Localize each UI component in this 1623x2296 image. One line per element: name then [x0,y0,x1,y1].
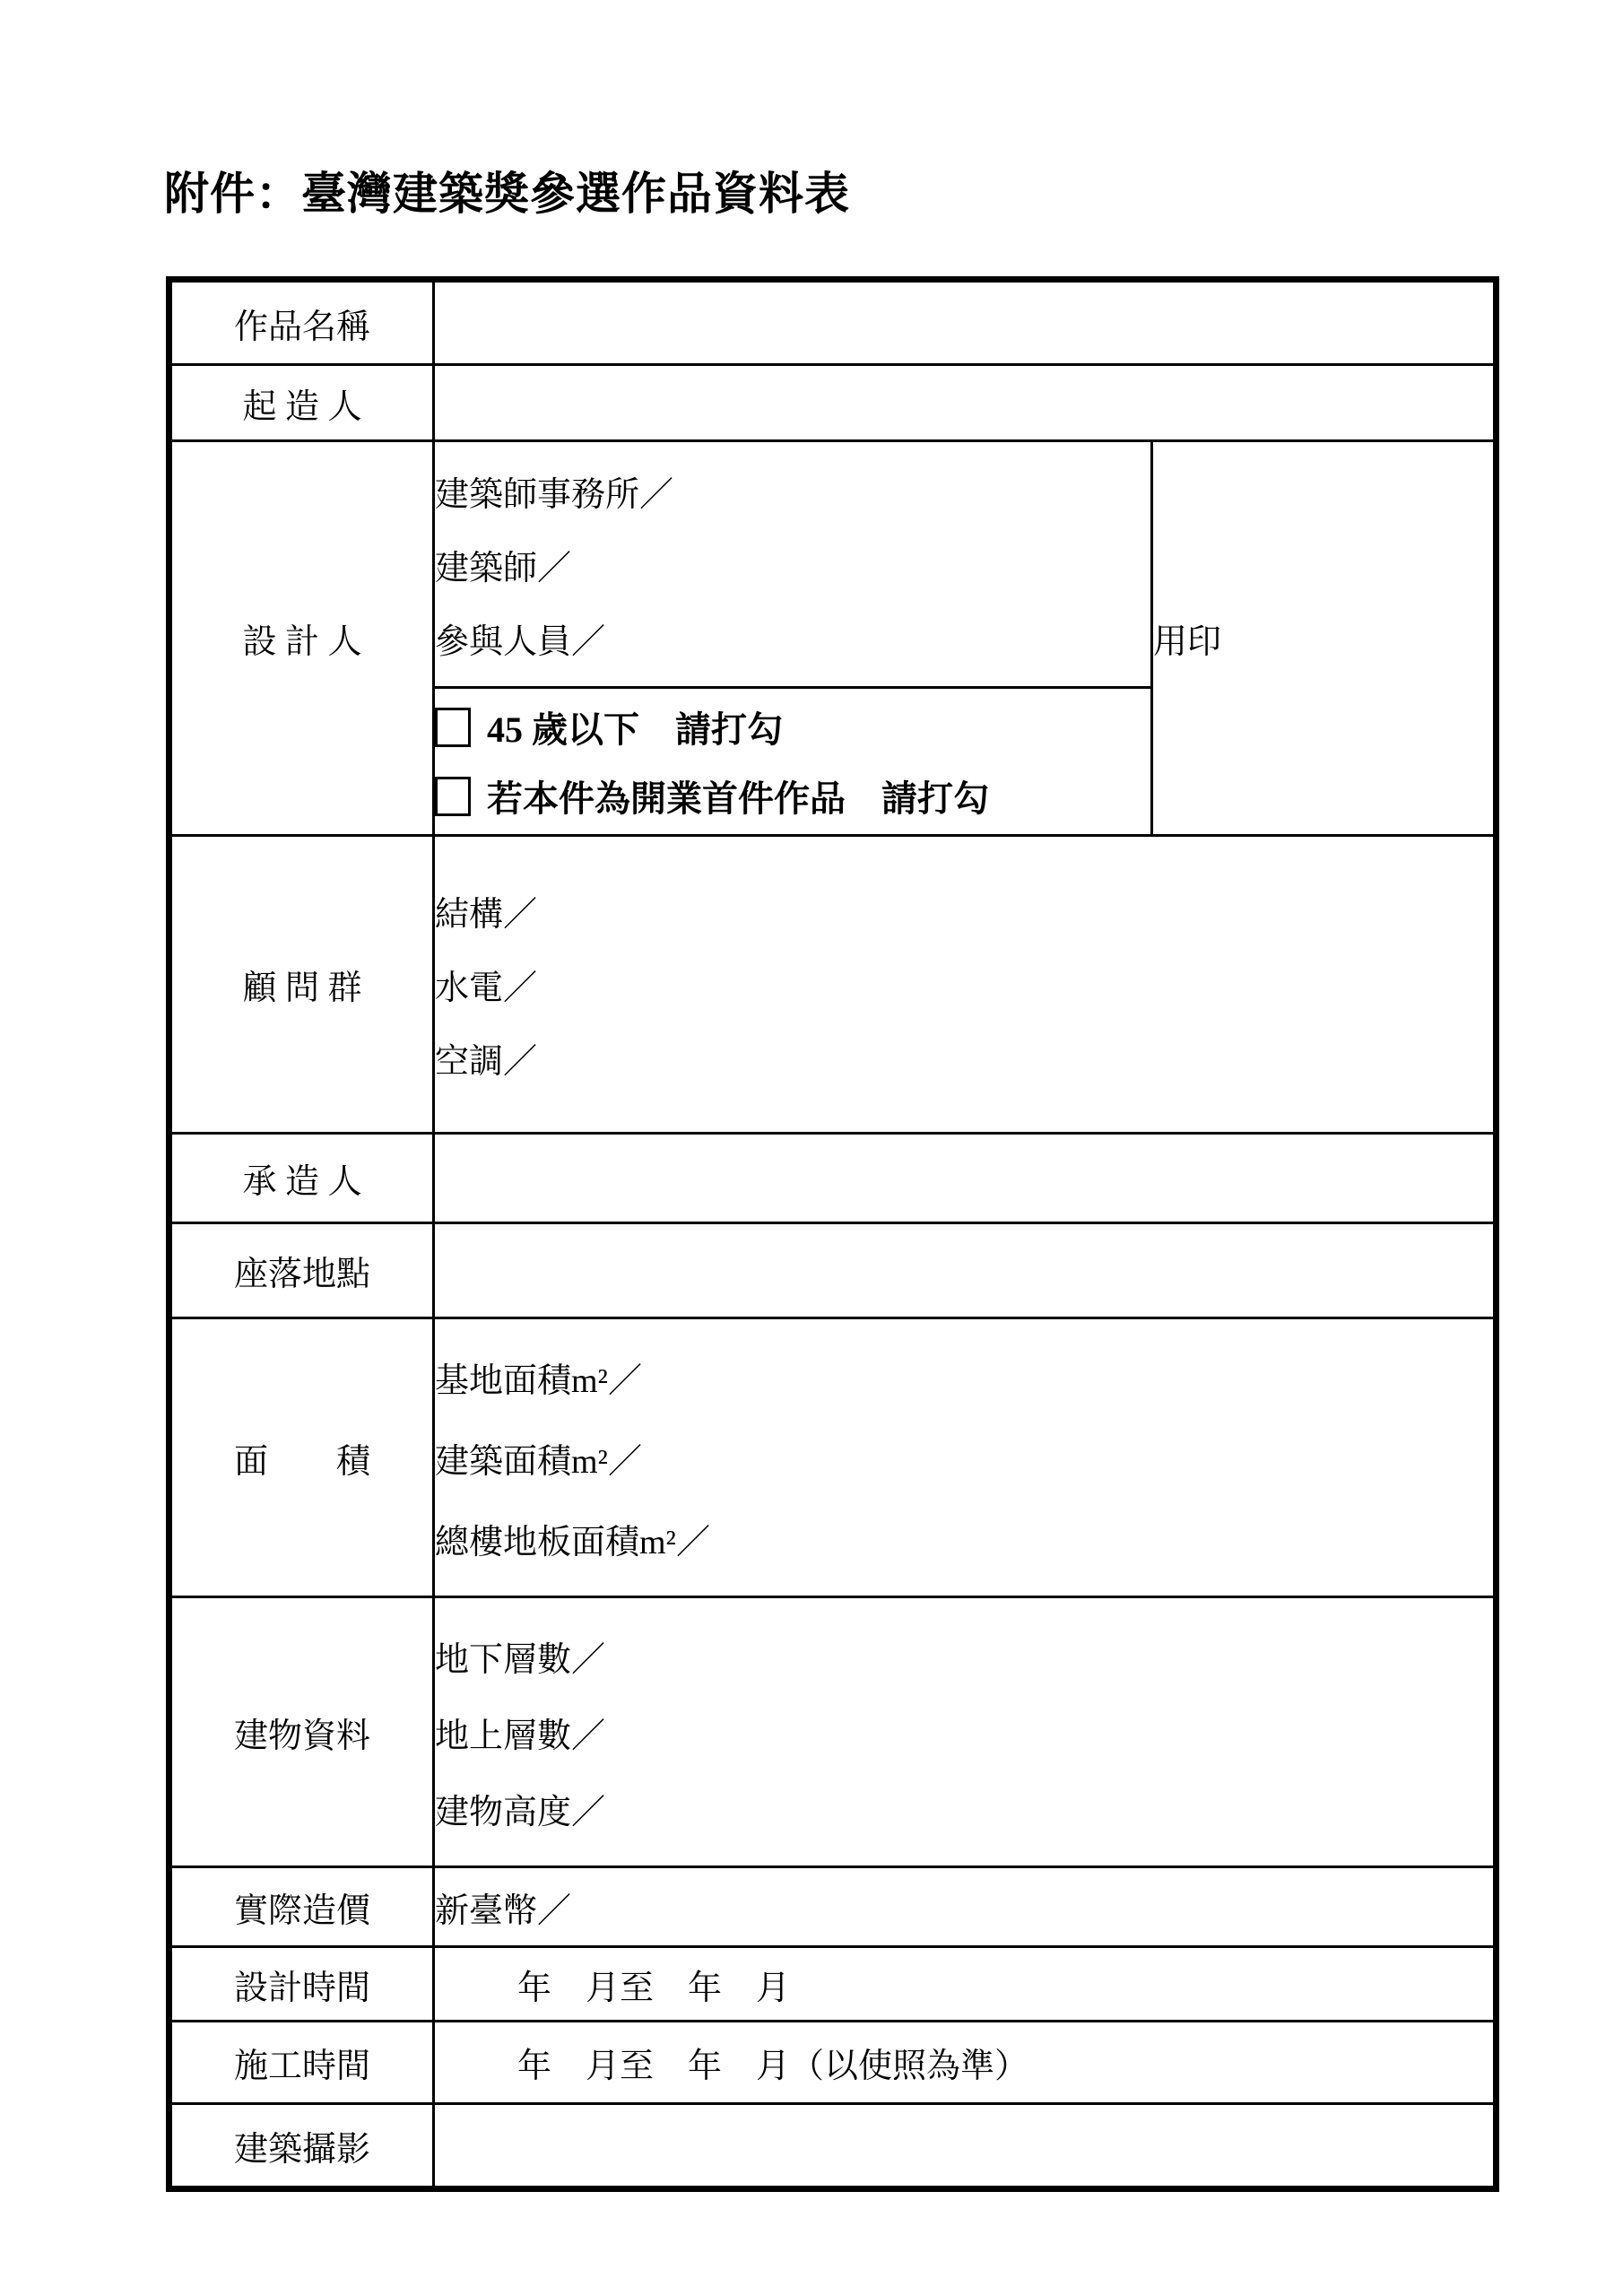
designer-label: 設 計 人 [169,441,434,836]
entry-form-table: 作品名稱 起 造 人 設 計 人 建築師事務所／ 建築師／ 參與人員／ 用印 4… [166,276,1499,2192]
actual-cost-label: 實際造價 [169,1867,434,1947]
under-45-label: 45 歲以下 請打勾 [487,701,783,752]
plumbing-electric-field[interactable]: 水電／ [435,948,1493,1022]
row-building-data: 建物資料 地下層數／ 地上層數／ 建物高度／ [169,1597,1497,1867]
checkline-under-45: 45 歲以下 請打勾 [435,692,1150,761]
location-field[interactable] [434,1223,1497,1318]
basement-floors-field[interactable]: 地下層數／ [435,1618,1493,1694]
seal-cell: 用印 [1152,441,1497,836]
row-design-time: 設計時間 年 月至 年 月 [169,1947,1497,2022]
under-45-checkbox[interactable] [435,708,471,747]
designer-checkbox-area: 45 歲以下 請打勾 若本件為開業首件作品 請打勾 [434,688,1152,836]
work-name-field[interactable] [434,280,1497,365]
consultants-label: 顧 問 群 [169,836,434,1134]
row-actual-cost: 實際造價 新臺幣／ [169,1867,1497,1947]
row-consultants: 顧 問 群 結構／ 水電／ 空調／ [169,836,1497,1134]
photography-field[interactable] [434,2104,1497,2189]
design-time-label: 設計時間 [169,1947,434,2022]
location-label: 座落地點 [169,1223,434,1318]
building-data-label: 建物資料 [169,1597,434,1867]
area-label: 面 積 [169,1318,434,1597]
building-area-field[interactable]: 建築面積m²／ [435,1417,1493,1498]
row-location: 座落地點 [169,1223,1497,1318]
row-contractor: 承 造 人 [169,1134,1497,1223]
consultants-fields[interactable]: 結構／ 水電／ 空調／ [434,836,1497,1134]
total-floor-area-field[interactable]: 總樓地板面積m²／ [435,1498,1493,1578]
row-area: 面 積 基地面積m²／ 建築面積m²／ 總樓地板面積m²／ [169,1318,1497,1597]
construction-time-label: 施工時間 [169,2022,434,2104]
row-photography: 建築攝影 [169,2104,1497,2189]
site-area-field[interactable]: 基地面積m²／ [435,1336,1493,1417]
page-title: 附件：臺灣建築獎參選作品資料表 [164,158,850,222]
photography-label: 建築攝影 [169,2104,434,2189]
area-fields[interactable]: 基地面積m²／ 建築面積m²／ 總樓地板面積m²／ [434,1318,1497,1597]
row-builder: 起 造 人 [169,365,1497,441]
builder-field[interactable] [434,365,1497,441]
contractor-field[interactable] [434,1134,1497,1223]
design-time-field[interactable]: 年 月至 年 月 [434,1947,1497,2022]
designer-architect-field[interactable]: 建築師／ [435,527,1150,601]
designer-firm-field[interactable]: 建築師事務所／ [435,454,1150,527]
contractor-label: 承 造 人 [169,1134,434,1223]
builder-label: 起 造 人 [169,365,434,441]
row-work-name: 作品名稱 [169,280,1497,365]
first-work-label: 若本件為開業首件作品 請打勾 [487,770,989,822]
designer-participants-field[interactable]: 參與人員／ [435,601,1150,674]
building-data-fields[interactable]: 地下層數／ 地上層數／ 建物高度／ [434,1597,1497,1867]
checkline-first-work: 若本件為開業首件作品 請打勾 [435,761,1150,831]
designer-fields[interactable]: 建築師事務所／ 建築師／ 參與人員／ [434,441,1152,688]
above-ground-floors-field[interactable]: 地上層數／ [435,1694,1493,1770]
structure-field[interactable]: 結構／ [435,874,1493,948]
work-name-label: 作品名稱 [169,280,434,365]
row-construction-time: 施工時間 年 月至 年 月（以使照為準） [169,2022,1497,2104]
actual-cost-field[interactable]: 新臺幣／ [434,1867,1497,1947]
building-height-field[interactable]: 建物高度／ [435,1770,1493,1847]
first-work-checkbox[interactable] [435,777,471,816]
construction-time-field[interactable]: 年 月至 年 月（以使照為準） [434,2022,1497,2104]
hvac-field[interactable]: 空調／ [435,1022,1493,1095]
row-designer: 設 計 人 建築師事務所／ 建築師／ 參與人員／ 用印 [169,441,1497,688]
